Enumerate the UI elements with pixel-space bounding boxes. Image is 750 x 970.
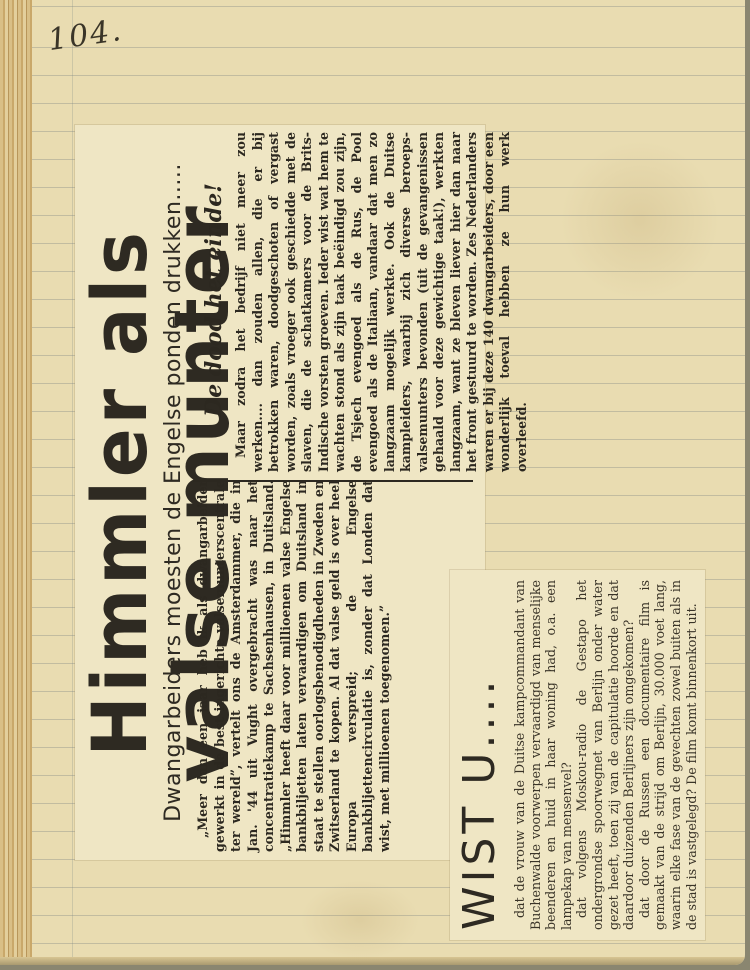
article-column-2: Maar zodra het bedrijf niet meer zou wer… xyxy=(233,132,530,472)
article-column-1: „Meer dan een jaar heb ik als dwangarbei… xyxy=(195,480,393,852)
paper-stain xyxy=(300,880,420,960)
article-paragraph: Maar zodra het bedrijf niet meer zou wer… xyxy=(233,132,530,472)
wist-u-item: dat de vrouw van de Duitse kampcommandan… xyxy=(512,580,574,930)
newspaper-clipping-himmler: Himmler als valse munter Dwangarbeiders … xyxy=(75,125,485,860)
wist-u-column: dat de vrouw van de Duitse kampcommandan… xyxy=(512,580,699,930)
clipping-subheadline: Dwangarbeiders moesten de Engelse ponden… xyxy=(161,125,186,860)
newspaper-clipping-wist-u: WIST U.... dat de vrouw van de Duitse ka… xyxy=(450,570,705,940)
margin-line xyxy=(72,0,73,965)
paper-stain xyxy=(560,140,720,300)
article-paragraph: „Meer dan een jaar heb ik als dwangarbei… xyxy=(195,480,393,852)
column-divider xyxy=(193,480,473,482)
section-title-de-dood: De dood het einde! xyxy=(201,135,227,465)
wist-u-item: dat door de Russen een documentaire film… xyxy=(637,580,699,930)
page-stack-edge xyxy=(0,0,32,965)
scrapbook-page: 104. Himmler als valse munter Dwangarbei… xyxy=(0,0,745,965)
wist-u-item: dat volgens Moskou-radio de Gestapo het … xyxy=(574,580,636,930)
clipping-title: WIST U.... xyxy=(454,677,505,930)
